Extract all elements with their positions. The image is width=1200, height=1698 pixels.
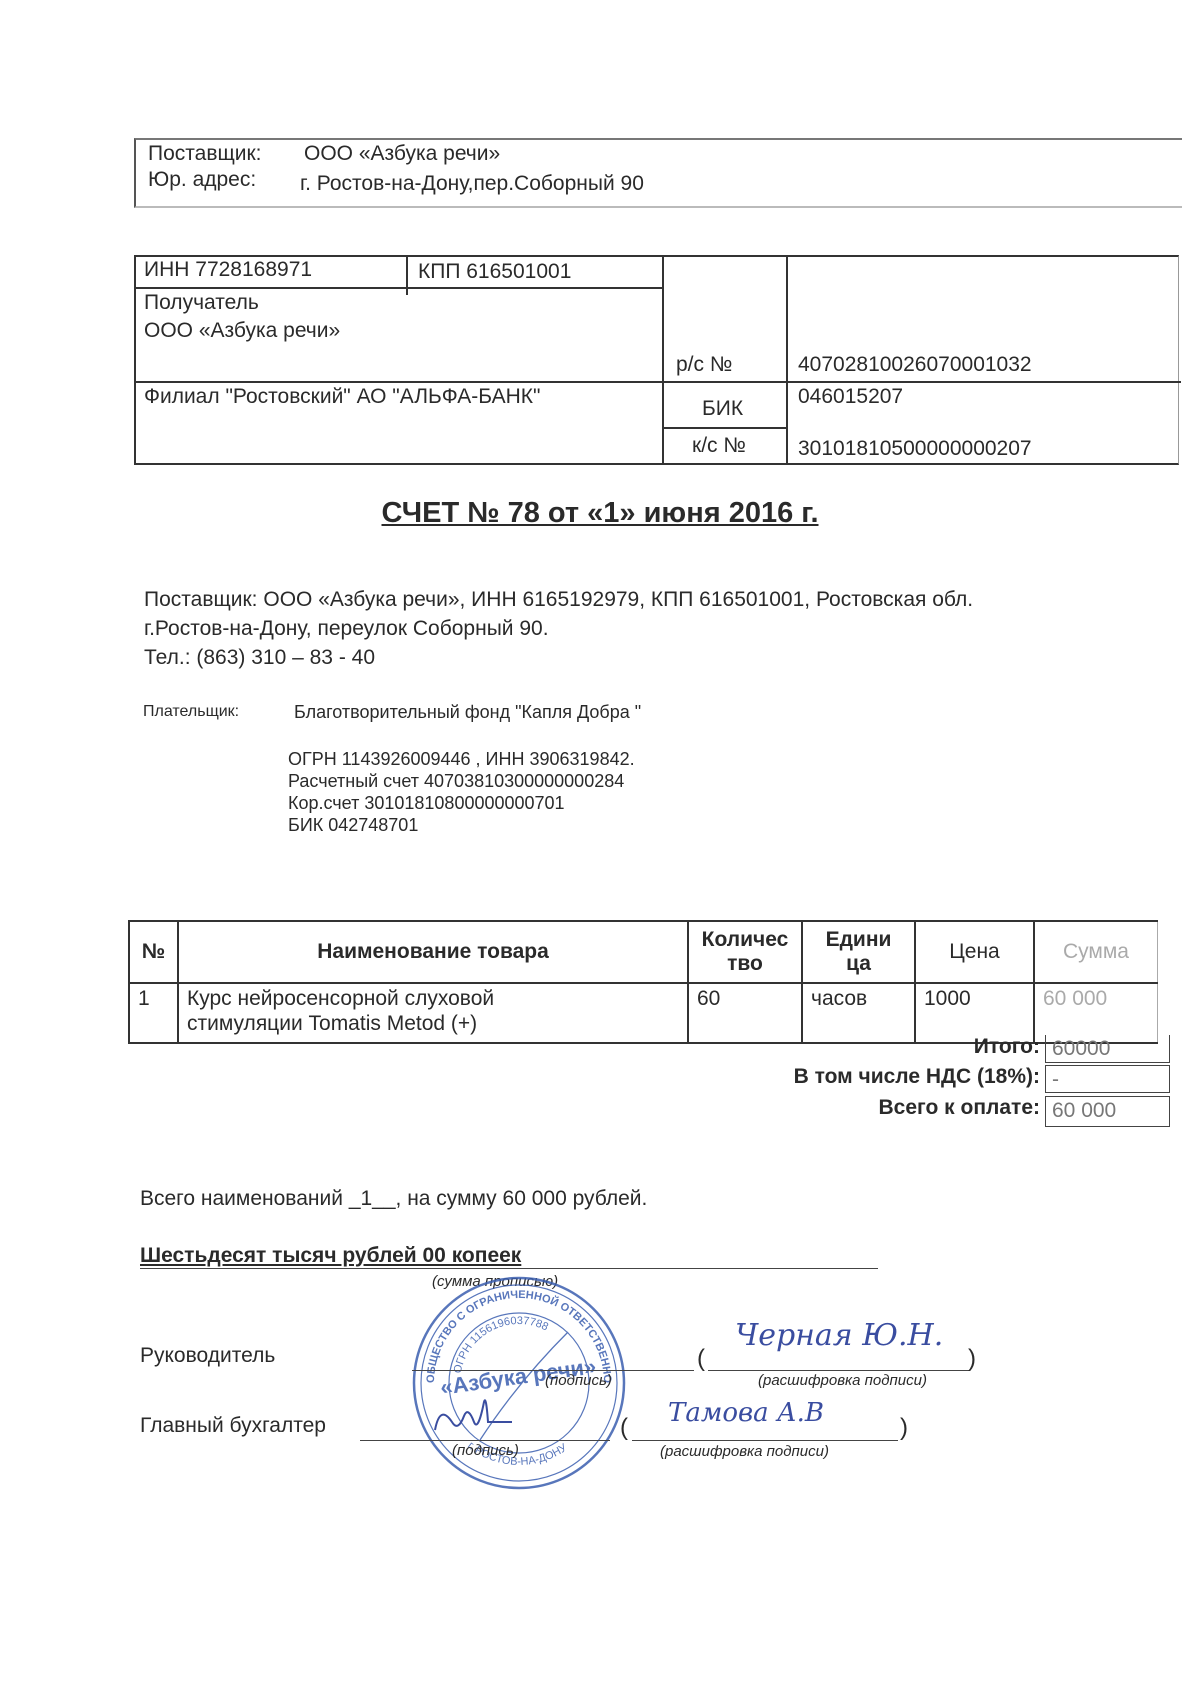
paren-close: ) bbox=[968, 1346, 976, 1372]
director-sign-line bbox=[412, 1370, 694, 1371]
amount-text: , на сумму 60 000 рублей. bbox=[396, 1187, 648, 1210]
divider bbox=[136, 287, 662, 289]
col-price: Цена bbox=[915, 921, 1034, 983]
row-name-line: стимуляции Tomatis Metod (+) bbox=[187, 1011, 679, 1036]
corr-account-value: 30101810500000000207 bbox=[798, 437, 1032, 461]
subtotal-row: Итого: 60000 bbox=[600, 1035, 1180, 1066]
total-row: Всего к оплате: 60 000 bbox=[600, 1096, 1180, 1127]
divider bbox=[786, 257, 788, 463]
payer-label: Плательщик: bbox=[143, 703, 239, 721]
accountant-signature-scribble bbox=[430, 1392, 520, 1442]
director-name-handwritten: Черная Ю.Н. bbox=[735, 1318, 943, 1353]
recipient-name: ООО «Азбука речи» bbox=[144, 319, 340, 343]
table-row: 1 Курс нейросенсорной слуховой стимуляци… bbox=[129, 983, 1158, 1043]
supplier-label: Поставщик: bbox=[148, 142, 262, 166]
supplier-value: ООО «Азбука речи» bbox=[304, 142, 500, 166]
payer-corr-account: Кор.счет 30101810800000000701 bbox=[288, 792, 635, 814]
vat-row: В том числе НДС (18%): - bbox=[600, 1065, 1180, 1096]
address-value: г. Ростов-на-Дону,пер.Соборный 90 bbox=[300, 172, 644, 196]
payer-ogrn-inn: ОГРН 1143926009446 , ИНН 3906319842. bbox=[288, 748, 635, 770]
payer-details: ОГРН 1143926009446 , ИНН 3906319842. Рас… bbox=[288, 748, 635, 836]
bank-details-table: ИНН 7728168971 КПП 616501001 Получатель … bbox=[134, 255, 1179, 465]
account-value: 40702810026070001032 bbox=[798, 353, 1032, 377]
amount-in-words: Шестьдесят тысяч рублей 00 копеек bbox=[140, 1244, 521, 1268]
vat-label: В том числе НДС (18%): bbox=[794, 1065, 1040, 1089]
paren-open: ( bbox=[697, 1346, 705, 1372]
count-value: _1__ bbox=[349, 1187, 396, 1210]
divider bbox=[406, 257, 408, 295]
amount-in-words-line bbox=[140, 1268, 878, 1269]
divider bbox=[136, 381, 1181, 383]
accountant-label: Главный бухгалтер bbox=[140, 1413, 326, 1439]
row-name: Курс нейросенсорной слуховой стимуляции … bbox=[178, 983, 688, 1043]
supplier-info-line: г.Ростов-на-Дону, переулок Соборный 90. bbox=[144, 614, 973, 643]
supplier-phone: Тел.: (863) 310 – 83 - 40 bbox=[144, 643, 973, 672]
bank-name: Филиал "Ростовский" АО "АЛЬФА-БАНК" bbox=[144, 385, 540, 409]
subtotal-label: Итого: bbox=[974, 1035, 1040, 1059]
recipient-kpp: КПП 616501001 bbox=[418, 260, 571, 284]
recipient-label: Получатель bbox=[144, 291, 259, 315]
col-number: № bbox=[129, 921, 178, 983]
payer-name: Благотворительный фонд "Капля Добра " bbox=[294, 702, 641, 723]
row-number: 1 bbox=[129, 983, 178, 1043]
count-prefix: Всего наименований bbox=[140, 1187, 343, 1210]
row-unit: часов bbox=[802, 983, 915, 1043]
col-sum: Сумма bbox=[1034, 921, 1158, 983]
col-unit: Едини ца bbox=[802, 921, 915, 983]
accountant-name-line bbox=[632, 1440, 898, 1441]
director-name-line bbox=[708, 1370, 970, 1371]
director-label: Руководитель bbox=[140, 1343, 275, 1369]
supplier-header-box: Поставщик: ООО «Азбука речи» Юр. адрес: … bbox=[134, 138, 1182, 208]
director-sign-caption: (подпись) bbox=[545, 1372, 612, 1389]
accountant-name-handwritten: Тамова А.В bbox=[668, 1398, 824, 1428]
paren-close: ) bbox=[900, 1415, 908, 1441]
bik-value: 046015207 bbox=[798, 385, 903, 409]
row-sum: 60 000 bbox=[1034, 983, 1158, 1043]
vat-value: - bbox=[1045, 1065, 1170, 1093]
account-label: р/с № bbox=[676, 353, 732, 377]
divider bbox=[662, 427, 786, 429]
col-name: Наименование товара bbox=[178, 921, 688, 983]
total-value: 60 000 bbox=[1045, 1096, 1170, 1127]
col-quantity: Количес тво bbox=[688, 921, 802, 983]
address-label: Юр. адрес: bbox=[148, 168, 256, 192]
row-name-line: Курс нейросенсорной слуховой bbox=[187, 986, 679, 1011]
supplier-info-line: Поставщик: ООО «Азбука речи», ИНН 616519… bbox=[144, 585, 973, 614]
recipient-inn: ИНН 7728168971 bbox=[144, 258, 312, 282]
items-summary: Всего наименований _1__, на сумму 60 000… bbox=[140, 1187, 647, 1211]
goods-header-row: № Наименование товара Количес тво Едини … bbox=[129, 921, 1158, 983]
paren-open: ( bbox=[620, 1415, 628, 1441]
invoice-title: СЧЕТ № 78 от «1» июня 2016 г. bbox=[0, 497, 1200, 530]
director-name-caption: (расшифровка подписи) bbox=[758, 1372, 927, 1389]
divider bbox=[662, 257, 664, 463]
subtotal-value: 60000 bbox=[1045, 1035, 1170, 1063]
row-price: 1000 bbox=[915, 983, 1034, 1043]
bik-label: БИК bbox=[702, 397, 743, 421]
supplier-info: Поставщик: ООО «Азбука речи», ИНН 616519… bbox=[144, 585, 973, 672]
row-quantity: 60 bbox=[688, 983, 802, 1043]
total-label: Всего к оплате: bbox=[879, 1096, 1041, 1120]
accountant-sign-caption: (подпись) bbox=[452, 1442, 519, 1459]
payer-bik: БИК 042748701 bbox=[288, 814, 635, 836]
corr-account-label: к/с № bbox=[692, 434, 746, 458]
accountant-name-caption: (расшифровка подписи) bbox=[660, 1443, 829, 1460]
goods-table: № Наименование товара Количес тво Едини … bbox=[128, 920, 1158, 1044]
payer-account: Расчетный счет 40703810300000000284 bbox=[288, 770, 635, 792]
